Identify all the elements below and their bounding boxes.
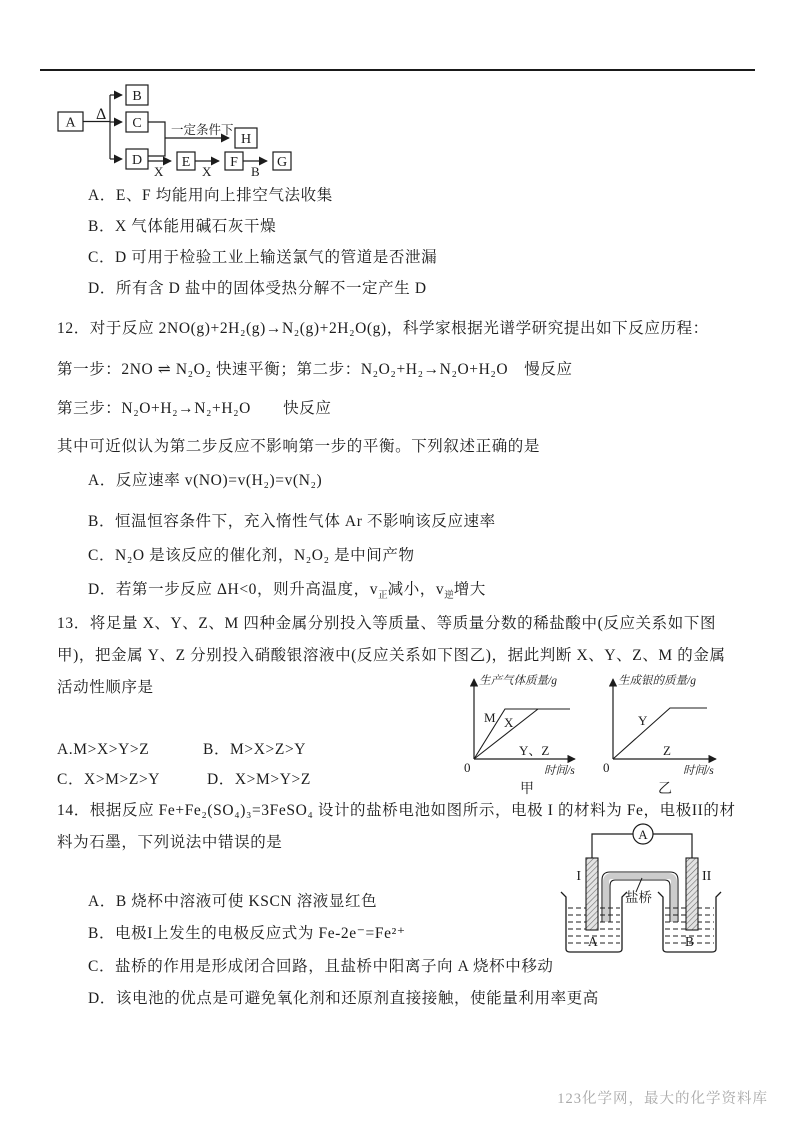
- q12-stem: 12．对于反应 2NO(g)+2H₂(g)→N₂(g)+2H₂O(g)，科学家根…: [57, 319, 709, 339]
- electrode-right-label: II: [702, 869, 712, 884]
- flow-box-G: G: [277, 155, 287, 170]
- q14-option-a: A．B 烧杯中溶液可使 KSCN 溶液显红色: [88, 892, 377, 912]
- q12-option-d-pre: D．若第一步反应 ΔH<0，则升高温度，v: [88, 581, 378, 598]
- q11-option-c: C．D 可用于检验工业上输送氯气的管道是否泄漏: [88, 248, 437, 268]
- q14-stem-line2: 料为石墨，下列说法中错误的是: [57, 833, 282, 853]
- q12-option-a: A．反应速率 v(NO)=v(H₂)=v(N₂): [88, 471, 322, 491]
- q14-option-d: D．该电池的优点是可避免氧化剂和还原剂直接接触，使能量利用率更高: [88, 989, 599, 1009]
- q14-option-b: B．电极I上发生的电极反应式为 Fe-2e⁻=Fe²⁺: [88, 924, 406, 944]
- q12-option-d: D．若第一步反应 ΔH<0，则升高温度，v正减小，v逆增大: [88, 580, 486, 606]
- q13-stem-line2: 甲)，把金属 Y、Z 分别投入硝酸银溶液中(反应关系如下图乙)，据此判断 X、Y…: [57, 646, 726, 666]
- graph-yi-caption: 乙: [658, 782, 672, 797]
- q13-stem-line3: 活动性顺序是: [57, 678, 154, 698]
- graph-yi-curve-z: Z: [663, 743, 671, 758]
- q11-flowchart: A B C D H E F G Δ 一定条件下 X X B: [50, 78, 310, 180]
- beaker-left-label: A: [588, 934, 598, 949]
- q12-option-b: B．恒温恒容条件下，充入惰性气体 Ar 不影响该反应速率: [88, 512, 496, 532]
- ammeter-label: A: [638, 827, 648, 842]
- graph-jia-xlabel: 时间/s: [544, 764, 575, 777]
- flow-box-D: D: [132, 153, 142, 168]
- flow-box-F: F: [230, 155, 238, 170]
- top-rule: [40, 69, 755, 71]
- flow-box-B: B: [132, 89, 141, 104]
- q12-option-d-post: 增大: [454, 581, 486, 598]
- q13-stem-line1: 13．将足量 X、Y、Z、M 四种金属分别投入等质量、等质量分数的稀盐酸中(反应…: [57, 614, 716, 634]
- graph-jia-curve-x: X: [504, 715, 514, 730]
- q12-option-d-sub1: 正: [378, 591, 388, 601]
- q13-option-d: D．X>M>Y>Z: [207, 770, 311, 790]
- graph-jia-curve-m: M: [484, 710, 496, 725]
- flow-delta-label: Δ: [96, 106, 106, 123]
- q14-option-c: C．盐桥的作用是形成闭合回路，且盐桥中阳离子向 A 烧杯中移动: [88, 957, 554, 977]
- q12-step1-2: 第一步：2NO ⇌ N₂O₂ 快速平衡；第二步：N₂O₂+H₂→N₂O+H₂O …: [57, 360, 573, 380]
- flow-edge-x1: X: [154, 164, 164, 179]
- graph-jia-caption: 甲: [520, 781, 534, 797]
- q13-option-c: C．X>M>Z>Y: [57, 770, 160, 790]
- flow-box-A: A: [65, 116, 76, 131]
- graph-yi-curve-y: Y: [638, 713, 648, 728]
- q12-step3: 第三步：N₂O+H₂→N₂+H₂O 快反应: [57, 399, 331, 419]
- salt-bridge-label: 盐桥: [625, 889, 653, 905]
- graph-yi-origin: 0: [603, 760, 610, 775]
- beaker-right-label: B: [685, 934, 694, 949]
- q11-option-a: A．E、F 均能用向上排空气法收集: [88, 186, 333, 206]
- graph-jia-curve-yz: Y、Z: [519, 743, 549, 758]
- flow-box-H: H: [241, 132, 251, 147]
- site-watermark: 123化学网，最大的化学资料库: [0, 1087, 768, 1108]
- graph-jia-ylabel: 生产气体质量/g: [479, 674, 557, 687]
- flow-edge-b: B: [251, 164, 260, 179]
- flow-box-C: C: [132, 116, 141, 131]
- electrode-left-label: I: [576, 869, 581, 884]
- q11-option-d: D．所有含 D 盐中的固体受热分解不一定产生 D: [88, 279, 427, 299]
- q13-option-b: B．M>X>Z>Y: [203, 740, 306, 760]
- flow-box-E: E: [182, 155, 191, 170]
- q11-option-b: B．X 气体能用碱石灰干燥: [88, 217, 276, 237]
- graph-yi-ylabel: 生成银的质量/g: [618, 674, 696, 687]
- exam-page: A B C D H E F G Δ 一定条件下 X X B A．E、F 均能用向…: [0, 0, 794, 1123]
- q12-option-d-mid: 减小，v: [388, 581, 445, 598]
- q13-graphs: 生产气体质量/g M X Y、Z 0 时间/s 甲 生成银的质量/g Y Z 0…: [455, 666, 775, 800]
- graph-yi-xlabel: 时间/s: [683, 764, 714, 777]
- flow-edge-x2: X: [202, 164, 212, 179]
- q12-option-c: C．N₂O 是该反应的催化剂，N₂O₂ 是中间产物: [88, 546, 415, 566]
- q12-note: 其中可近似认为第二步反应不影响第一步的平衡。下列叙述正确的是: [57, 437, 540, 457]
- q14-cell-diagram: A 盐桥 I II A B: [545, 816, 780, 968]
- graph-jia-origin: 0: [464, 760, 471, 775]
- q12-option-d-sub2: 逆: [444, 591, 454, 601]
- q13-option-a: A.M>X>Y>Z: [57, 740, 149, 760]
- flow-condition-label: 一定条件下: [171, 122, 234, 137]
